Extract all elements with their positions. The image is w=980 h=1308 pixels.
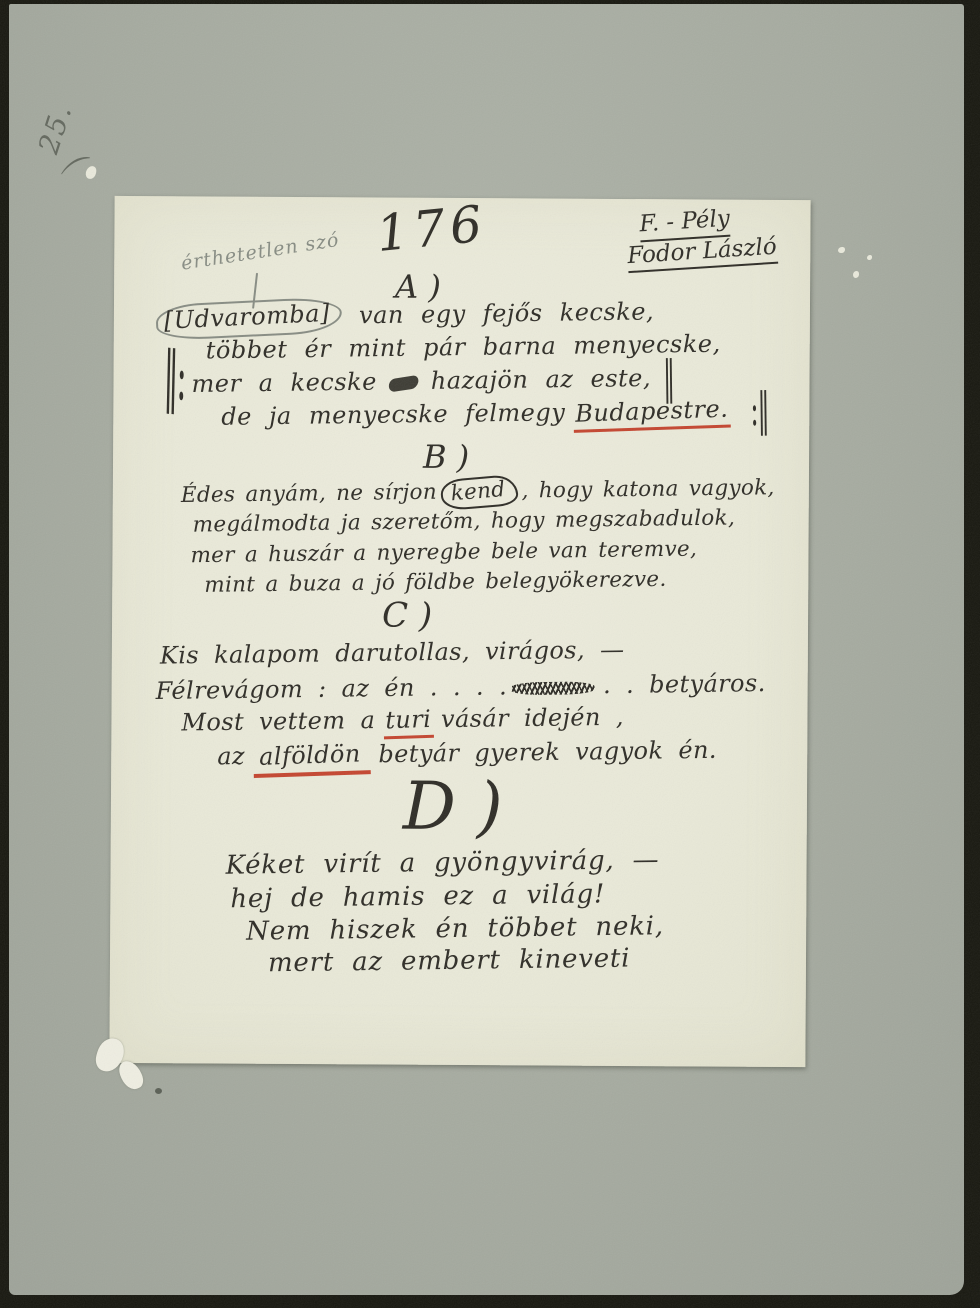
section-label-c: C ) <box>382 596 432 636</box>
verse-text: vásár idején , <box>441 703 624 733</box>
verse-line: Nem hiszek én többet neki, <box>246 911 664 946</box>
pencil-annotation: érthetetlen szó <box>180 229 341 275</box>
dark-fleck <box>155 1088 162 1094</box>
red-underlined-word: Budapestre. <box>573 394 731 432</box>
verse-text: mer a kecske <box>191 368 377 398</box>
verse-line: hej de hamis ez a világ! <box>230 879 605 914</box>
verse-text: mint a buza a jó földbe belegyökerezve. <box>204 567 667 598</box>
item-number: 176 <box>374 195 490 264</box>
verse-line: többet ér mint pár barna menyecske, <box>206 330 721 365</box>
verse-text: Kéket virít a gyöngyvirág, — <box>225 845 659 881</box>
scribbled-out-word <box>511 681 595 695</box>
repeat-mark-open: ‖: <box>163 338 186 417</box>
verse-line: mert az embert kineveti <box>268 944 631 979</box>
section-label-d: D ) <box>403 768 503 846</box>
verse-line: Kis kalapom darutollas, virágos, — <box>160 636 625 670</box>
verse-text: Nem hiszek én többet neki, <box>246 911 664 946</box>
scanned-manuscript-photo: 25. ⌒ 176 F. - Pély Fodor László érthete… <box>0 0 980 1308</box>
verse-text: mert az embert kineveti <box>268 944 631 979</box>
verse-line: de ja menyecske felmegyBudapestre.:‖ <box>221 396 769 436</box>
ink-blot <box>388 375 420 393</box>
verse-line: Félrevágom : az én . . . .. . betyáros. <box>156 669 766 705</box>
verse-line: Kéket virít a gyöngyvirág, — <box>225 845 659 881</box>
ink-circled-word: kend <box>440 474 519 511</box>
verse-text: Édes anyám, ne sírjon <box>181 480 437 508</box>
verse-text: van egy fejős kecske, <box>342 297 654 329</box>
red-underlined-word: alföldön <box>252 739 371 778</box>
verse-text: Kis kalapom darutollas, virágos, — <box>160 636 625 670</box>
verse-text: Most vettem a <box>181 706 375 737</box>
verse-line: mer a huszár a nyeregbe bele van teremve… <box>190 537 697 569</box>
verse-text: Félrevágom : az én . . . . <box>156 672 508 705</box>
section-label-b: B ) <box>423 438 469 476</box>
verse-text: , hogy katona vagyok, <box>521 475 774 503</box>
verse-text: de ja menyecske felmegy <box>221 398 565 431</box>
source-block: F. - Pély Fodor László <box>625 203 778 274</box>
red-underlined-word: turi <box>383 705 434 740</box>
repeat-mark-close: :‖ <box>750 383 769 436</box>
manuscript-sheet: 176 F. - Pély Fodor László érthetetlen s… <box>109 196 810 1067</box>
verse-line: Most vettem aturivásár idején , <box>181 703 624 742</box>
verse-text: mer a huszár a nyeregbe bele van teremve… <box>190 537 697 569</box>
verse-word: [Udvaromba] <box>163 299 330 335</box>
verse-text: többet ér mint pár barna menyecske, <box>206 330 721 365</box>
verse-text: az <box>217 742 245 770</box>
verse-text: hazajön az este, <box>431 364 652 395</box>
verse-text: hej de hamis ez a világ! <box>230 879 605 914</box>
verse-line: mer a kecskehazajön az este,‖ <box>191 364 674 398</box>
verse-line: mint a buza a jó földbe belegyökerezve. <box>204 567 667 598</box>
verse-word: kend <box>450 477 506 506</box>
verse-text: . . betyáros. <box>603 669 766 699</box>
verse-text: betyár gyerek vagyok én. <box>378 736 717 768</box>
